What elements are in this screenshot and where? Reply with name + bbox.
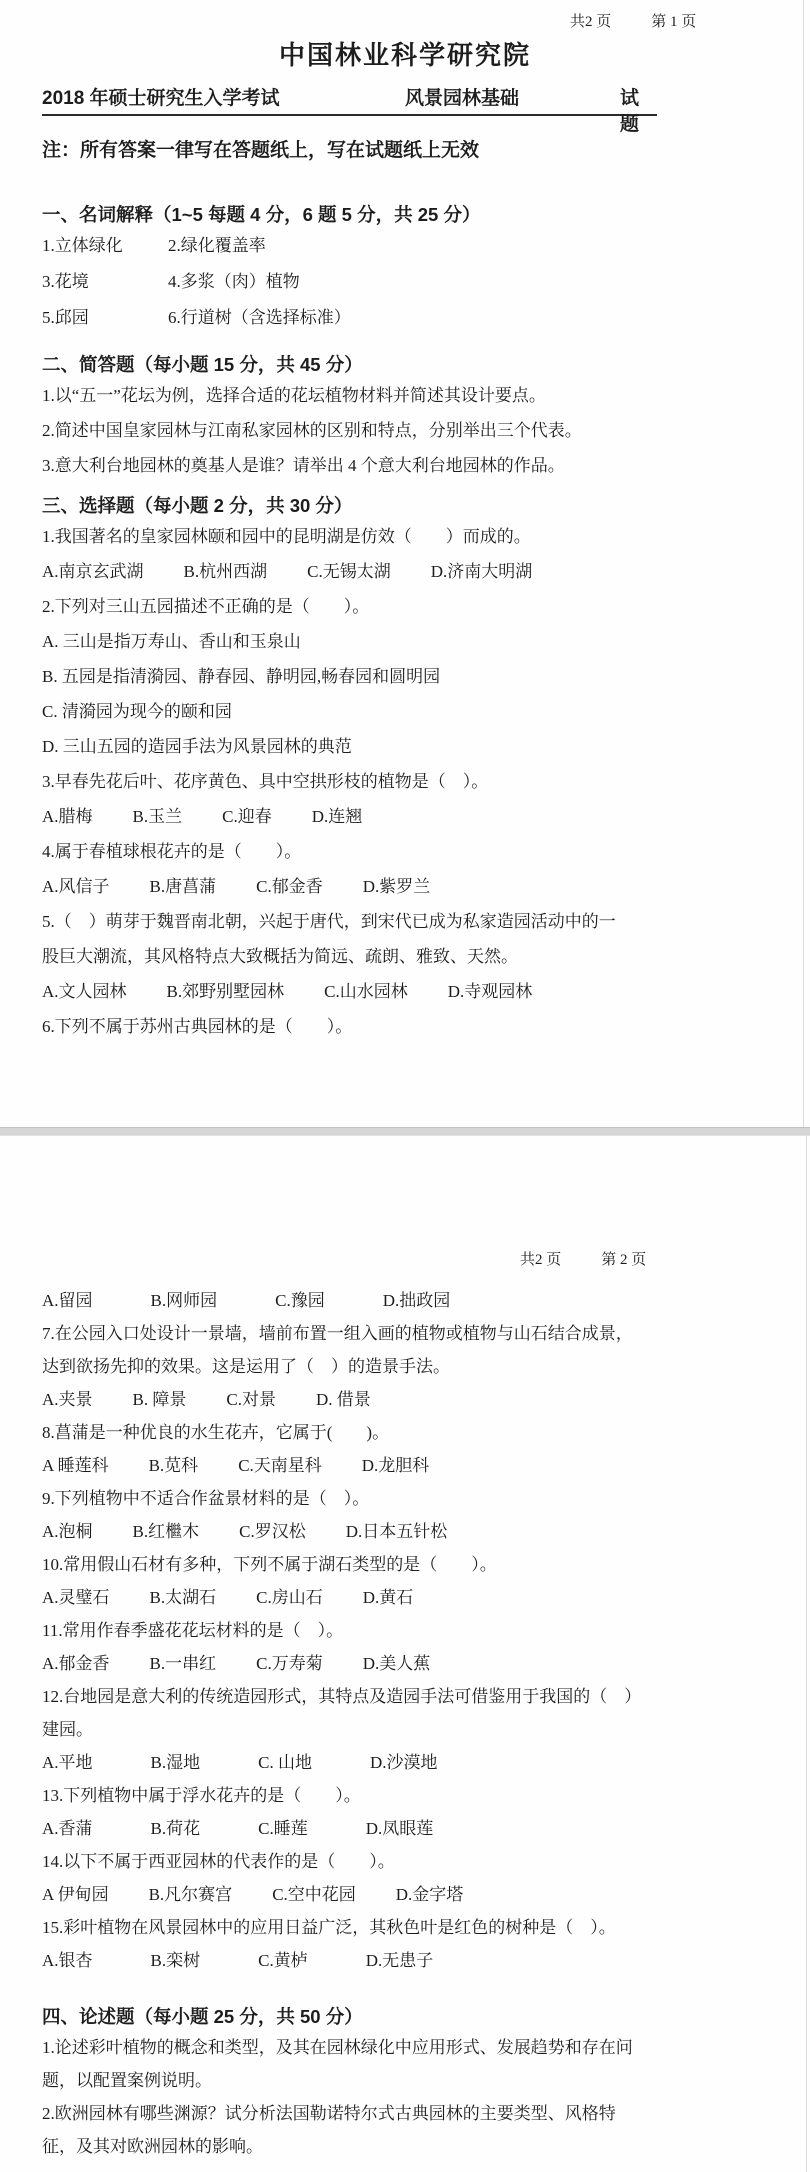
question-line: 15.彩叶植物在风景园林中的应用日益广泛，其秋色叶是红色的树种是（ ）。 [42,1911,810,1944]
options-row: A.平地B.湿地C. 山地D.沙漠地 [42,1746,810,1779]
question-line: 题，以配置案例说明。 [42,2064,810,2097]
options-row: A.留园B.网师园C.豫园D.拙政园 [42,1284,810,1317]
question-line: 11.常用作春季盛花花坛材料的是（ ）。 [42,1614,810,1647]
page-indicator-current: 第 1 页 [651,10,696,31]
term-row: 5.邱园6.行道树（含选择标准） [42,300,810,336]
option-item: D.寺观园林 [448,982,533,1001]
options-row: A.泡桐B.红檵木C.罗汉松D.日本五针松 [42,1515,810,1548]
question-line: 2.欧洲园林有哪些渊源？试分析法国勒诺特尔式古典园林的主要类型、风格特 [42,2097,810,2130]
option-item: D.金字塔 [396,1885,464,1904]
answer-notice: 注：所有答案一律写在答题纸上，写在试题纸上无效 [42,136,810,166]
option-line: B. 五园是指清漪园、静春园、静明园,畅春园和圆明园 [42,659,810,694]
question-line: 2.简述中国皇家园林与江南私家园林的区别和特点，分别举出三个代表。 [42,413,810,448]
option-item: B.郊野别墅园林 [167,982,285,1001]
option-line: A. 三山是指万寿山、香山和玉泉山 [42,624,810,659]
option-item: B.栾树 [151,1951,201,1970]
question-line: 5.（ ）萌芽于魏晋南北朝，兴起于唐代，到宋代已成为私家造园活动中的一 [42,904,810,939]
question-line: 4.属于春植球根花卉的是（ ）。 [42,834,810,869]
question-line: 建园。 [42,1713,810,1746]
option-item: A.腊梅 [42,807,93,826]
option-item: B.唐菖蒲 [150,877,217,896]
exam-session-label: 2018 年硕士研究生入学考试 [42,88,280,109]
option-item: D.沙漠地 [370,1753,438,1772]
question-line: 征，及其对欧洲园林的影响。 [42,2130,810,2163]
question-line: 12.台地园是意大利的传统造园形式，其特点及造园手法可借鉴用于我国的（ ） [42,1680,810,1713]
option-item: B.一串红 [150,1654,217,1673]
option-item: C.迎春 [222,807,272,826]
option-item: D.连翘 [312,807,363,826]
option-item: A.灵璧石 [42,1588,110,1607]
option-item: D.龙胆科 [362,1456,430,1475]
options-row: A.文人园林B.郊野别墅园林C.山水园林D.寺观园林 [42,974,810,1009]
options-row: A.南京玄武湖B.杭州西湖C.无锡太湖D.济南大明湖 [42,554,810,589]
option-item: D.济南大明湖 [431,562,533,581]
option-item: C.无锡太湖 [307,562,391,581]
option-item: A 伊甸园 [42,1885,109,1904]
option-item: A.银杏 [42,1951,93,1970]
option-item: 3.花境 [42,264,168,300]
question-line: 8.菖蒲是一种优良的水生花卉，它属于( )。 [42,1416,810,1449]
term-row: 3.花境4.多浆（肉）植物 [42,264,810,300]
option-item: D. 借景 [316,1390,371,1409]
option-item: C.豫园 [275,1291,325,1310]
option-item: B.苋科 [149,1456,199,1475]
page-header: 共2 页 第 1 页 [0,0,810,30]
option-item: A.南京玄武湖 [42,562,144,581]
option-item: C.对景 [226,1390,276,1409]
option-item: B. 障景 [133,1390,187,1409]
option-item: D.紫罗兰 [363,877,431,896]
question-line: 9.下列植物中不适合作盆景材料的是（ ）。 [42,1482,810,1515]
option-item: A.风信子 [42,877,110,896]
paper-type-label: 试题 [620,86,657,138]
option-item: B.荷花 [151,1819,201,1838]
question-line: 1.论述彩叶植物的概念和类型，及其在园林绿化中应用形式、发展趋势和存在问 [42,2031,810,2064]
option-item: D.日本五针松 [346,1522,448,1541]
question-line: 股巨大潮流，其风格特点大致概括为简远、疏朗、雅致、天然。 [42,939,810,974]
question-line: 10.常用假山石材有多种，下列不属于湖石类型的是（ ）。 [42,1548,810,1581]
option-item: C.空中花园 [272,1885,356,1904]
option-item: 1.立体绿化 [42,228,168,264]
option-item: B.太湖石 [150,1588,217,1607]
question-line: 达到欲扬先抑的效果。这是运用了（ ）的造景手法。 [42,1350,810,1383]
option-item: A.文人园林 [42,982,127,1001]
options-row: A.夹景B. 障景C.对景D. 借景 [42,1383,810,1416]
option-item: C. 山地 [258,1753,312,1772]
option-item: D.无患子 [366,1951,434,1970]
option-item: 5.邱园 [42,300,168,336]
question-line: 13.下列植物中属于浮水花卉的是（ ）。 [42,1779,810,1812]
option-item: A 睡莲科 [42,1456,109,1475]
options-row: A.香蒲B.荷花C.睡莲D.凤眼莲 [42,1812,810,1845]
question-line: 2.下列对三山五园描述不正确的是（ ）。 [42,589,810,624]
option-item: C.房山石 [256,1588,323,1607]
option-item: B.网师园 [151,1291,218,1310]
option-item: C.罗汉松 [239,1522,306,1541]
option-item: D.美人蕉 [363,1654,431,1673]
page-indicator-total: 共2 页 [520,1248,561,1269]
option-item: A.夹景 [42,1390,93,1409]
option-item: C.天南星科 [238,1456,322,1475]
section-heading-essay: 四、论述题（每小题 25 分，共 50 分） [42,2003,810,2031]
exam-page-2: 共2 页 第 2 页 A.留园B.网师园C.豫园D.拙政园 7.在公园入口处设计… [0,1136,810,2172]
option-item: A.郁金香 [42,1654,110,1673]
option-item: C.黄栌 [258,1951,308,1970]
option-item: D.拙政园 [383,1291,451,1310]
option-item: A.留园 [42,1291,93,1310]
option-item: C.山水园林 [324,982,408,1001]
option-item: C.郁金香 [256,877,323,896]
question-line: 6.下列不属于苏州古典园林的是（ ）。 [42,1009,810,1044]
option-item: B.红檵木 [133,1522,200,1541]
options-row: A.灵璧石B.太湖石C.房山石D.黄石 [42,1581,810,1614]
subject-name: 风景园林基础 [405,86,519,112]
options-row: A.风信子B.唐菖蒲C.郁金香D.紫罗兰 [42,869,810,904]
exam-subtitle-row: 2018 年硕士研究生入学考试 风景园林基础 试题 [42,86,657,116]
options-row: A.郁金香B.一串红C.万寿菊D.美人蕉 [42,1647,810,1680]
question-line: 14.以下不属于西亚园林的代表作的是（ ）。 [42,1845,810,1878]
page-edge-line [803,0,804,1127]
option-item: B.湿地 [151,1753,201,1772]
options-row: A.腊梅B.玉兰C.迎春D.连翘 [42,799,810,834]
options-row: A.银杏B.栾树C.黄栌D.无患子 [42,1944,810,1977]
option-item: C.万寿菊 [256,1654,323,1673]
option-item: B.杭州西湖 [184,562,268,581]
options-row: A 伊甸园B.凡尔赛宫C.空中花园D.金字塔 [42,1878,810,1911]
question-line: 3.早春先花后叶、花序黄色、具中空拱形枝的植物是（ ）。 [42,764,810,799]
option-item: A.香蒲 [42,1819,93,1838]
exam-page-1: 共2 页 第 1 页 中国林业科学研究院 2018 年硕士研究生入学考试 风景园… [0,0,810,1127]
page-edge-line [806,1136,807,2172]
section-heading-multiple-choice: 三、选择题（每小题 2 分，共 30 分） [42,493,810,519]
option-item: 2.绿化覆盖率 [168,236,266,255]
page-indicator-current: 第 2 页 [601,1248,646,1269]
option-item: D.黄石 [363,1588,414,1607]
page-divider [0,1127,810,1136]
question-line: 7.在公园入口处设计一景墙，墙前布置一组入画的植物或植物与山石结合成景， [42,1317,810,1350]
option-item: A.平地 [42,1753,93,1772]
question-line: 1.我国著名的皇家园林颐和园中的昆明湖是仿效（ ）而成的。 [42,519,810,554]
option-line: D. 三山五园的造园手法为风景园林的典范 [42,729,810,764]
option-line: C. 清漪园为现今的颐和园 [42,694,810,729]
question-line: 1.以“五一”花坛为例，选择合适的花坛植物材料并简述其设计要点。 [42,378,810,413]
option-item: B.凡尔赛宫 [149,1885,233,1904]
options-row: A 睡莲科B.苋科C.天南星科D.龙胆科 [42,1449,810,1482]
page-indicator-total: 共2 页 [570,10,611,31]
option-item: 6.行道树（含选择标准） [168,308,351,327]
option-item: B.玉兰 [133,807,183,826]
option-item: 4.多浆（肉）植物 [168,272,300,291]
option-item: C.睡莲 [258,1819,308,1838]
option-item: D.凤眼莲 [366,1819,434,1838]
section-heading-short-answer: 二、简答题（每小题 15 分，共 45 分） [42,352,810,378]
document-title: 中国林业科学研究院 [0,38,810,72]
question-line: 3.意大利台地园林的奠基人是谁？请举出 4 个意大利台地园林的作品。 [42,448,810,483]
section-heading-definitions: 一、名词解释（1~5 每题 4 分，6 题 5 分，共 25 分） [42,202,810,228]
page-header: 共2 页 第 2 页 [0,1136,810,1270]
option-item: A.泡桐 [42,1522,93,1541]
term-row: 1.立体绿化2.绿化覆盖率 [42,228,810,264]
